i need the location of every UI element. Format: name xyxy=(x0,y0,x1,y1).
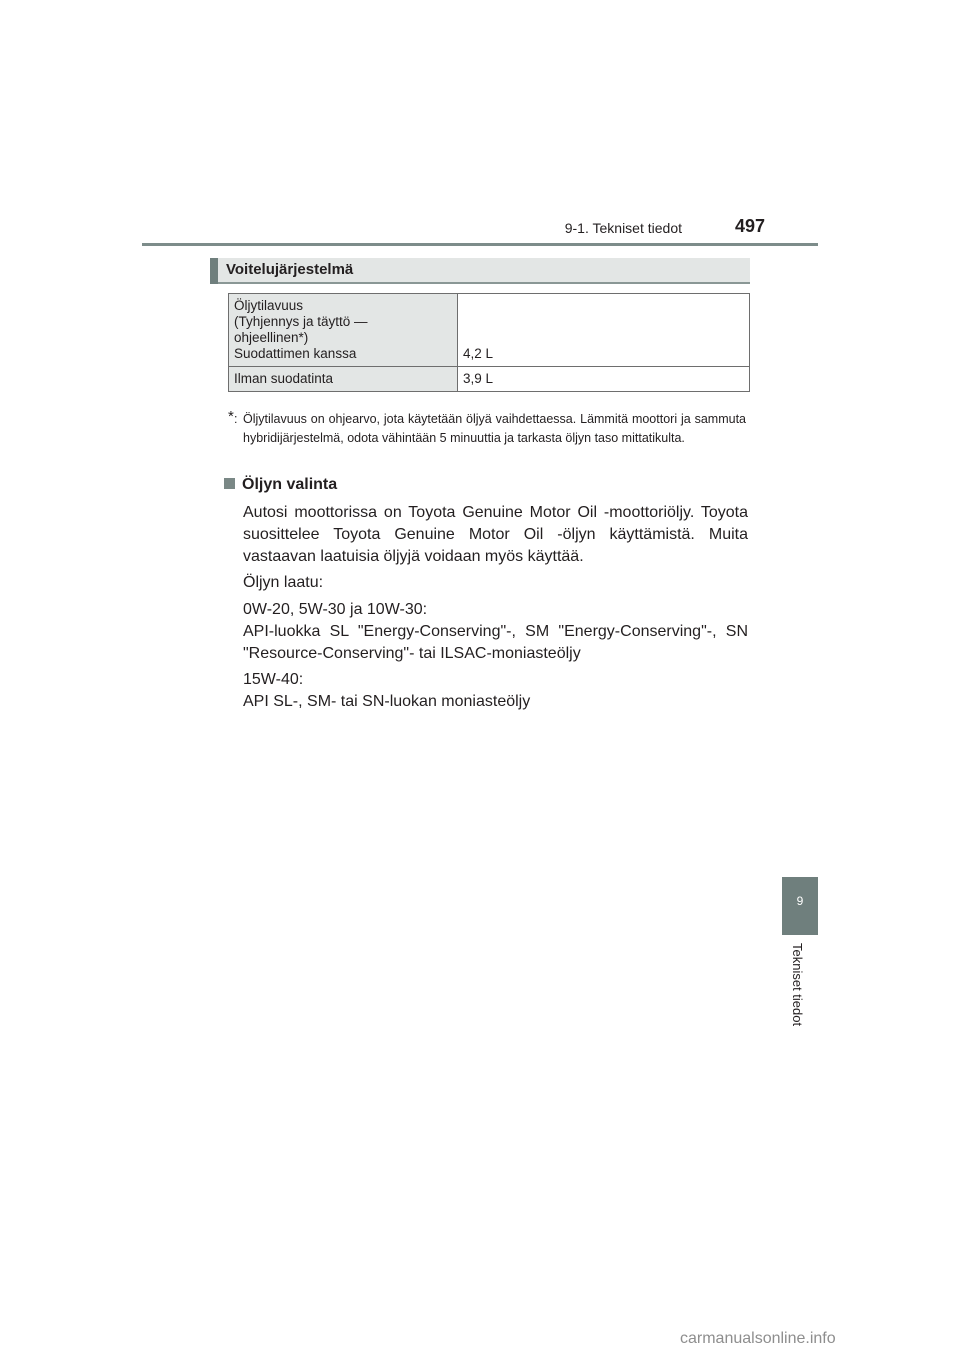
footnote: * : Öljytilavuus on ohjearvo, jota käyte… xyxy=(228,410,746,448)
oil-grade-viscosity: 15W-40: xyxy=(243,669,748,691)
oil-selection-intro: Autosi moottorissa on Toyota Genuine Mot… xyxy=(243,502,748,568)
oil-grade-block: 0W-20, 5W-30 ja 10W-30: API-luokka SL "E… xyxy=(243,599,748,665)
footnote-colon: : xyxy=(234,410,237,429)
label-line: Suodattimen kanssa xyxy=(234,346,452,362)
oil-grade-viscosity: 0W-20, 5W-30 ja 10W-30: xyxy=(243,599,748,621)
oil-grade-spec: API-luokka SL "Energy-Conserving"-, SM "… xyxy=(243,621,748,665)
oil-capacity-table: Öljytilavuus (Tyhjennys ja täyttö — ohje… xyxy=(228,293,750,392)
label-line: (Tyhjennys ja täyttö — xyxy=(234,314,452,330)
table-value-cell: 4,2 L xyxy=(458,294,750,367)
oil-grade-block: 15W-40: API SL-, SM- tai SN-luokan monia… xyxy=(243,669,748,713)
watermark: carmanualsonline.info xyxy=(680,1330,836,1348)
oil-selection-heading: Öljyn valinta xyxy=(224,476,337,494)
header-divider xyxy=(142,243,818,246)
table-label-cell: Ilman suodatinta xyxy=(229,367,458,392)
table-row: Ilman suodatinta 3,9 L xyxy=(229,367,750,392)
table-value-cell: 3,9 L xyxy=(458,367,750,392)
section-heading: Voitelujärjestelmä xyxy=(210,258,750,284)
label-line: Ilman suodatinta xyxy=(234,371,452,387)
oil-quality-label: Öljyn laatu: xyxy=(243,572,748,594)
table-label-cell: Öljytilavuus (Tyhjennys ja täyttö — ohje… xyxy=(229,294,458,367)
label-line: Öljytilavuus xyxy=(234,298,452,314)
footnote-text: Öljytilavuus on ohjearvo, jota käytetään… xyxy=(243,410,746,448)
header-section-title: 9-1. Tekniset tiedot xyxy=(560,220,682,236)
section-heading-text: Voitelujärjestelmä xyxy=(226,261,353,278)
table-row: Öljytilavuus (Tyhjennys ja täyttö — ohje… xyxy=(229,294,750,367)
oil-grade-spec: API SL-, SM- tai SN-luokan moniasteöljy xyxy=(243,691,748,713)
chapter-tab: 9 xyxy=(782,877,818,935)
footnote-marker: * xyxy=(228,407,234,426)
oil-selection-heading-text: Öljyn valinta xyxy=(242,476,337,493)
square-bullet-icon xyxy=(224,478,235,489)
section-heading-accent-bar xyxy=(210,258,218,284)
chapter-tab-label: Tekniset tiedot xyxy=(790,943,805,1026)
page-number: 497 xyxy=(735,216,765,237)
label-line: ohjeellinen*) xyxy=(234,330,452,346)
